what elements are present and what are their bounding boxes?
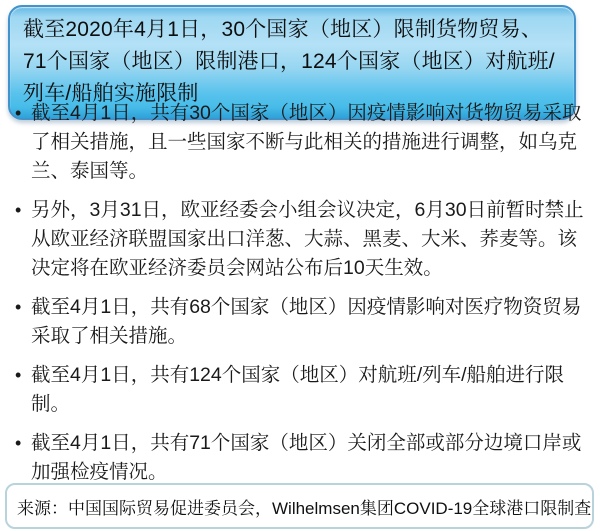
list-item: • 截至4月1日，共有30个国家（地区）因疫情影响对货物贸易采取了相关措施，且一… <box>14 99 590 186</box>
list-item: • 截至4月1日，共有124个国家（地区）对航班/列车/船舶进行限制。 <box>14 361 590 419</box>
bullet-list: • 截至4月1日，共有30个国家（地区）因疫情影响对货物贸易采取了相关措施，且一… <box>14 99 590 531</box>
source-note: 来源：中国国际贸易促进委员会，Wilhelmsen集团COVID-19全球港口限… <box>5 483 594 529</box>
list-item-text: 截至4月1日，共有71个国家（地区）关闭全部或部分边境口岸或加强检疫情况。 <box>31 432 581 483</box>
summary-banner-text: 截至2020年4月1日，30个国家（地区）限制货物贸易、71个国家（地区）限制港… <box>23 18 555 105</box>
bullet-icon: • <box>15 361 21 390</box>
source-note-text: 来源：中国国际贸易促进委员会，Wilhelmsen集团COVID-19全球港口限… <box>17 494 594 519</box>
list-item-text: 截至4月1日，共有124个国家（地区）对航班/列车/船舶进行限制。 <box>31 364 564 415</box>
infographic-page: 截至2020年4月1日，30个国家（地区）限制货物贸易、71个国家（地区）限制港… <box>0 0 600 531</box>
list-item-text: 另外，3月31日，欧亚经委会小组会议决定，6月30日前暂时禁止从欧亚经济联盟国家… <box>31 199 584 279</box>
list-item: • 截至4月1日，共有71个国家（地区）关闭全部或部分边境口岸或加强检疫情况。 <box>14 429 590 487</box>
bullet-icon: • <box>15 429 21 458</box>
list-item-text: 截至4月1日，共有30个国家（地区）因疫情影响对货物贸易采取了相关措施，且一些国… <box>31 102 581 182</box>
bullet-icon: • <box>15 293 21 322</box>
list-item: • 截至4月1日，共有68个国家（地区）因疫情影响对医疗物资贸易采取了相关措施。 <box>14 293 590 351</box>
list-item: • 另外，3月31日，欧亚经委会小组会议决定，6月30日前暂时禁止从欧亚经济联盟… <box>14 196 590 283</box>
bullet-icon: • <box>15 196 21 225</box>
bullet-icon: • <box>15 99 21 128</box>
list-item-text: 截至4月1日，共有68个国家（地区）因疫情影响对医疗物资贸易采取了相关措施。 <box>31 296 581 347</box>
